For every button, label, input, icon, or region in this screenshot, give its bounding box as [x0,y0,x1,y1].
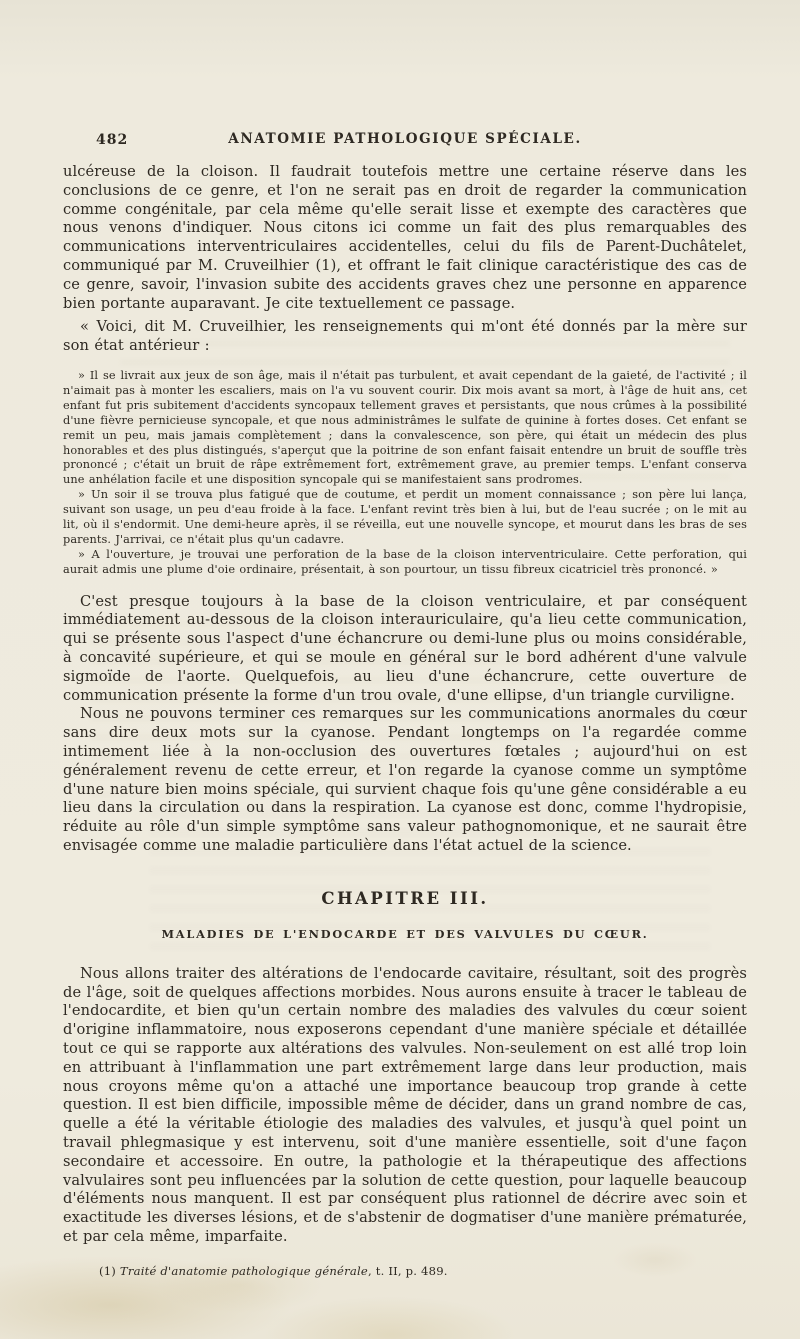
running-title: ANATOMIE PATHOLOGIQUE SPÉCIALE. [63,131,747,147]
page-number: 482 [96,132,128,148]
footnote-reference: , t. II, p. 489. [368,1264,448,1278]
paragraph: Nous ne pouvons terminer ces remarques s… [63,705,747,855]
quote-paragraph: » Il se livrait aux jeux de son âge, mai… [63,369,747,488]
quote-paragraph: » Un soir il se trouva plus fatigué que … [63,488,747,548]
footnote: (1) Traité d'anatomie pathologique génér… [99,1264,747,1278]
quote-paragraph: » A l'ouverture, je trouvai une perforat… [63,548,747,578]
footnote-marker: (1) [99,1264,120,1278]
cruveilhier-quotation-block: » Il se livrait aux jeux de son âge, mai… [63,369,747,578]
book-page-scan: { "page": { "folio": "482", "running_tit… [0,0,800,1339]
footnote-work-title: Traité d'anatomie pathologique générale [120,1264,368,1278]
running-head: 482 ANATOMIE PATHOLOGIQUE SPÉCIALE. [63,131,747,150]
chapter-heading: CHAPITRE III. [63,889,747,908]
page-container: 482 ANATOMIE PATHOLOGIQUE SPÉCIALE. ulcé… [0,0,800,1339]
quote-introduction: « Voici, dit M. Cruveilhier, les renseig… [63,318,747,356]
paragraph: Nous allons traiter des altérations de l… [63,965,747,1247]
chapter-subheading: MALADIES DE L'ENDOCARDE ET DES VALVULES … [63,927,747,941]
paragraph: C'est presque toujours à la base de la c… [63,593,747,706]
page-body-text: ulcéreuse de la cloison. Il faudrait tou… [63,163,747,1278]
paragraph-continuation: ulcéreuse de la cloison. Il faudrait tou… [63,163,747,313]
